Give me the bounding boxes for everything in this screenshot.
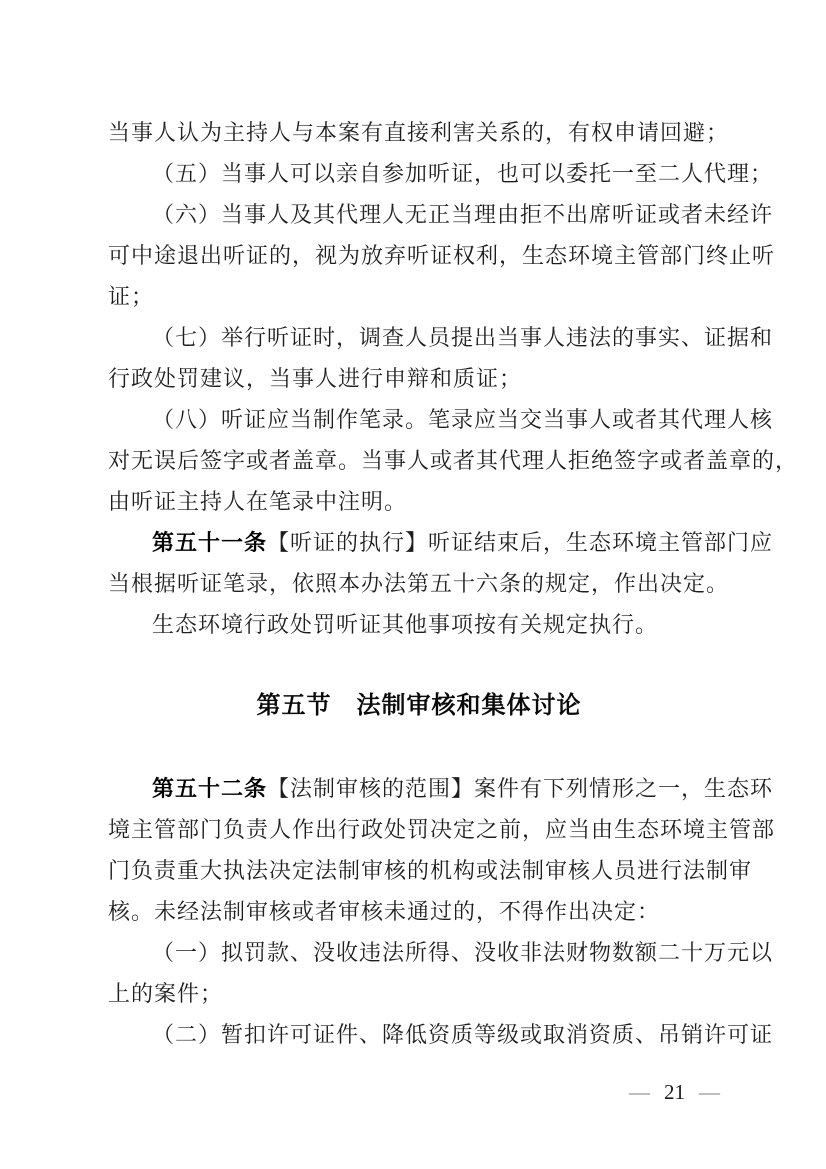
- text-segment: 生态环境行政处罚听证其他事项按有关规定执行。: [152, 612, 658, 637]
- text-segment: 可中途退出听证的，视为放弃听证权利，生态环境主管部门终止听: [108, 243, 775, 268]
- text-segment: 【法制审核的范围】案件有下列情形之一，生态环: [267, 776, 773, 801]
- text-segment: （八）听证应当制作笔录。笔录应当交当事人或者其代理人核: [152, 407, 773, 432]
- text-line: 核。未经法制审核或者审核未通过的，不得作出决定：: [108, 891, 730, 932]
- text-line: 境主管部门负责人作出行政处罚决定之前，应当由生态环境主管部: [108, 809, 730, 850]
- text-segment: 境主管部门负责人作出行政处罚决定之前，应当由生态环境主管部: [108, 817, 775, 842]
- text-segment: （七）举行听证时，调查人员提出当事人违法的事实、证据和: [152, 325, 773, 350]
- text-segment: 当根据听证笔录，依照本办法第五十六条的规定，作出决定。: [108, 571, 729, 596]
- text-line: （二）暂扣许可证件、降低资质等级或取消资质、吊销许可证: [108, 1014, 730, 1055]
- text-segment: 【听证的执行】听证结束后，生态环境主管部门应: [267, 530, 773, 555]
- text-segment: 第五节 法制审核和集体讨论: [257, 693, 582, 719]
- text-segment: 行政处罚建议，当事人进行申辩和质证；: [108, 366, 522, 391]
- text-line: 行政处罚建议，当事人进行申辩和质证；: [108, 358, 730, 399]
- text-line: 证；: [108, 276, 730, 317]
- text-line: 可中途退出听证的，视为放弃听证权利，生态环境主管部门终止听: [108, 235, 730, 276]
- text-line: 由听证主持人在笔录中注明。: [108, 481, 730, 522]
- text-segment: （二）暂扣许可证件、降低资质等级或取消资质、吊销许可证: [152, 1022, 773, 1047]
- text-line: （一）拟罚款、没收违法所得、没收非法财物数额二十万元以: [108, 932, 730, 973]
- footer-dash-right: —: [699, 1080, 720, 1104]
- text-line: 上的案件；: [108, 973, 730, 1014]
- text-line: （八）听证应当制作笔录。笔录应当交当事人或者其代理人核: [108, 399, 730, 440]
- text-segment: （六）当事人及其代理人无正当理由拒不出席听证或者未经许: [152, 202, 773, 227]
- footer-dash-left: —: [629, 1080, 650, 1104]
- text-line: （七）举行听证时，调查人员提出当事人违法的事实、证据和: [108, 317, 730, 358]
- page-number: 21: [664, 1080, 685, 1104]
- text-segment: 当事人认为主持人与本案有直接利害关系的，有权申请回避；: [108, 120, 729, 145]
- text-segment: 上的案件；: [108, 981, 223, 1006]
- article-number: 第五十二条: [152, 776, 267, 801]
- page-footer: —21—: [629, 1077, 720, 1107]
- text-segment: 对无误后签字或者盖章。当事人或者其代理人拒绝签字或者盖章的，: [108, 448, 798, 473]
- text-segment: 核。未经法制审核或者审核未通过的，不得作出决定：: [108, 899, 660, 924]
- text-line: 当根据听证笔录，依照本办法第五十六条的规定，作出决定。: [108, 563, 730, 604]
- text-line: （六）当事人及其代理人无正当理由拒不出席听证或者未经许: [108, 194, 730, 235]
- article-number: 第五十一条: [152, 530, 267, 555]
- text-line: （五）当事人可以亲自参加听证，也可以委托一至二人代理；: [108, 153, 730, 194]
- text-line: 生态环境行政处罚听证其他事项按有关规定执行。: [108, 604, 730, 645]
- text-line: 对无误后签字或者盖章。当事人或者其代理人拒绝签字或者盖章的，: [108, 440, 730, 481]
- text-segment: （五）当事人可以亲自参加听证，也可以委托一至二人代理；: [152, 161, 773, 186]
- text-line: 门负责重大执法决定法制审核的机构或法制审核人员进行法制审: [108, 850, 730, 891]
- document-page: 当事人认为主持人与本案有直接利害关系的，有权申请回避；（五）当事人可以亲自参加听…: [0, 0, 826, 1169]
- text-segment: 门负责重大执法决定法制审核的机构或法制审核人员进行法制审: [108, 858, 752, 883]
- text-block: 当事人认为主持人与本案有直接利害关系的，有权申请回避；（五）当事人可以亲自参加听…: [108, 112, 730, 1055]
- text-line: 第五十二条【法制审核的范围】案件有下列情形之一，生态环: [108, 768, 730, 809]
- text-line: 第五十一条【听证的执行】听证结束后，生态环境主管部门应: [108, 522, 730, 563]
- section-heading: 第五节 法制审核和集体讨论: [108, 686, 730, 727]
- text-segment: （一）拟罚款、没收违法所得、没收非法财物数额二十万元以: [152, 940, 773, 965]
- blank-line: [108, 645, 730, 686]
- text-segment: 由听证主持人在笔录中注明。: [108, 489, 407, 514]
- text-line: 当事人认为主持人与本案有直接利害关系的，有权申请回避；: [108, 112, 730, 153]
- text-segment: 证；: [108, 284, 154, 309]
- blank-line: [108, 727, 730, 768]
